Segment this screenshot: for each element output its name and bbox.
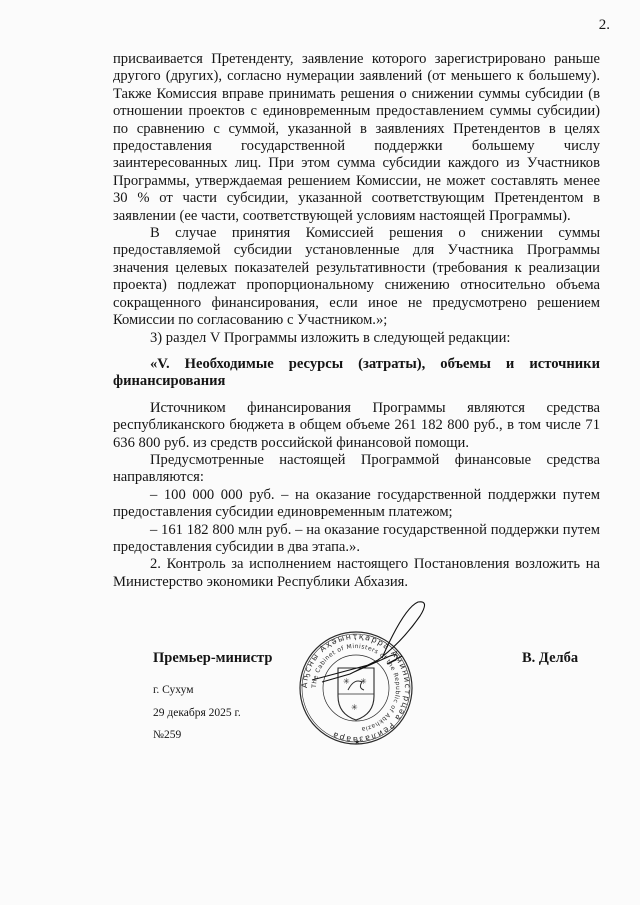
signatory-title: Премьер-министр xyxy=(153,650,272,667)
signature-stroke xyxy=(312,602,425,682)
page-number: 2. xyxy=(599,17,610,34)
list-item-two-stage: – 161 182 800 млн руб. – на оказание гос… xyxy=(113,522,600,557)
svg-text:The Cabinet of Ministers of th: The Cabinet of Ministers of the Republic… xyxy=(311,643,401,733)
svg-text:✳: ✳ xyxy=(360,677,367,686)
city: г. Сухум xyxy=(153,684,194,696)
official-seal-icon: Аҧсны Аҳәынҭқарра Аминистрцәа Реилазаара… xyxy=(292,598,432,748)
paragraph-section-amendment: 3) раздел V Программы изложить в следующ… xyxy=(113,330,600,347)
document-body: присваивается Претенденту, заявление кот… xyxy=(113,51,600,591)
paragraph-continuation: присваивается Претенденту, заявление кот… xyxy=(113,51,600,225)
seal-inner-text: The Cabinet of Ministers of the Republic… xyxy=(311,643,401,733)
svg-text:Аҧсны Аҳәынҭқарра Аминистрцәа: Аҧсны Аҳәынҭқарра Аминистрцәа Реилазаара xyxy=(300,632,412,744)
svg-text:★: ★ xyxy=(354,738,360,746)
svg-text:✳: ✳ xyxy=(343,677,350,686)
date: 29 декабря 2025 г. xyxy=(153,707,241,719)
paragraph-reduction-case: В случае принятия Комиссией решения о сн… xyxy=(113,225,600,329)
seal-outer-text: Аҧсны Аҳәынҭқарра Аминистрцәа Реилазаара xyxy=(300,632,412,744)
paragraph-funding-source: Источником финансирования Программы явля… xyxy=(113,400,600,452)
svg-text:✳: ✳ xyxy=(351,703,358,712)
paragraph-control: 2. Контроль за исполнением настоящего По… xyxy=(113,556,600,591)
signatory-name: В. Делба xyxy=(522,650,578,667)
document-number: №259 xyxy=(153,729,181,741)
paragraph-funds-directed: Предусмотренные настоящей Программой фин… xyxy=(113,452,600,487)
section-heading: «V. Необходимые ресурсы (затраты), объем… xyxy=(113,356,600,391)
list-item-lump-sum: – 100 000 000 руб. – на оказание государ… xyxy=(113,487,600,522)
